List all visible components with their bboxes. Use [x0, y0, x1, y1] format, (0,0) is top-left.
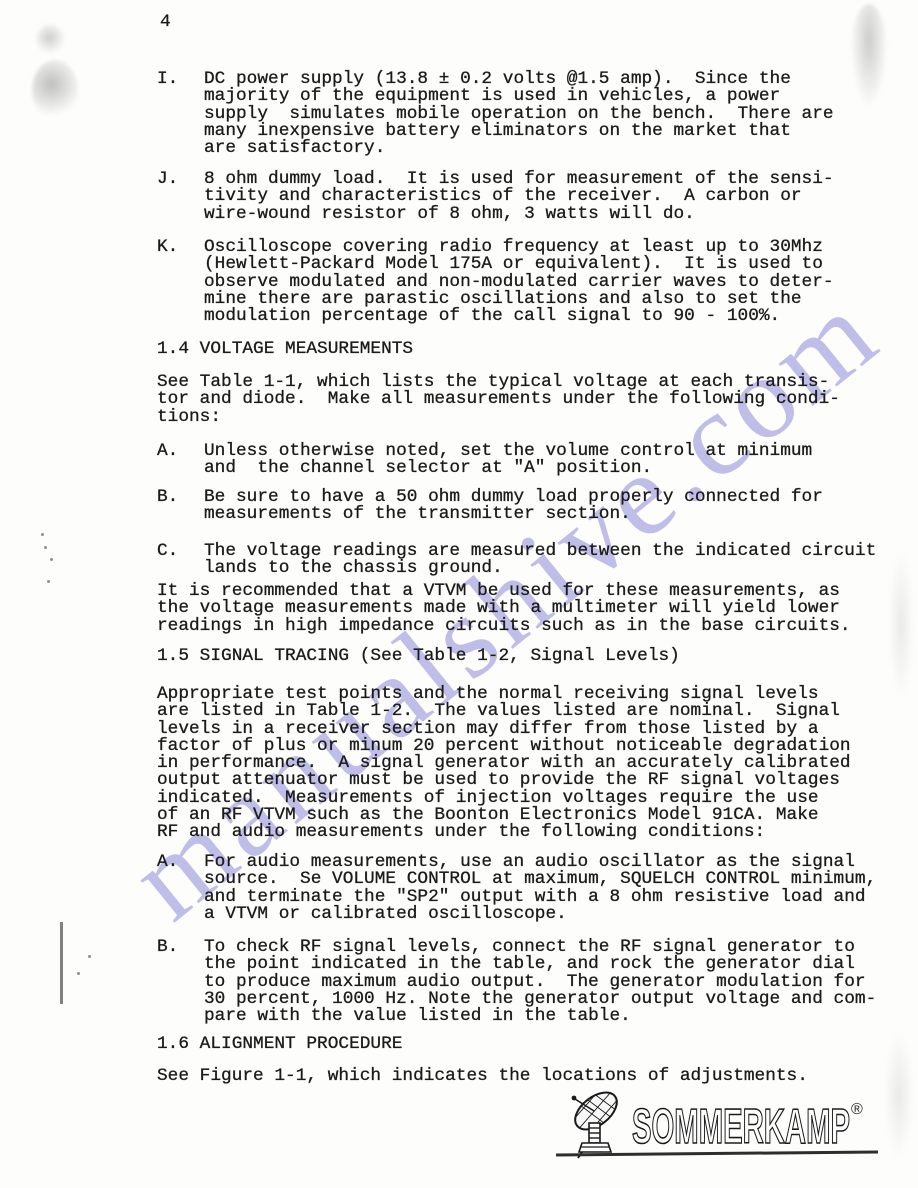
list-item-I: I. DC power supply (13.8 ± 0.2 volts @1.… [157, 71, 834, 157]
item-marker: B. [157, 489, 204, 524]
condition-item-B: B. Be sure to have a 50 ohm dummy load p… [157, 489, 823, 524]
brand-text: SOMMERKAMP [632, 1100, 850, 1154]
item-text: DC power supply (13.8 ± 0.2 volts @1.5 a… [204, 71, 834, 157]
scan-artifact [884, 1030, 914, 1160]
section-heading-1-6: 1.6 ALIGNMENT PROCEDURE [157, 1036, 402, 1053]
section-heading-1-4: 1.4 VOLTAGE MEASUREMENTS [157, 341, 413, 358]
condition-item-A: A. Unless otherwise noted, set the volum… [157, 443, 812, 478]
scan-artifact [50, 558, 53, 561]
paragraph: See Table 1-1, which lists the typical v… [157, 374, 840, 426]
item-marker: A. [157, 854, 204, 923]
item-text: For audio measurements, use an audio osc… [204, 854, 876, 923]
item-marker: B. [157, 939, 204, 1025]
paragraph: Appropriate test points and the normal r… [157, 686, 851, 842]
item-text: Oscilloscope covering radio frequency at… [204, 239, 834, 325]
item-text: To check RF signal levels, connect the R… [204, 939, 876, 1025]
registered-trademark-symbol: ® [851, 1101, 863, 1119]
scan-artifact [850, 4, 888, 108]
scan-artifact [36, 24, 66, 54]
condition-item-B: B. To check RF signal levels, connect th… [157, 939, 876, 1025]
scan-artifact [888, 550, 914, 700]
scan-artifact [47, 580, 50, 583]
paragraph: It is recommended that a VTVM be used fo… [157, 583, 851, 635]
list-item-J: J. 8 ohm dummy load. It is used for meas… [157, 171, 834, 223]
item-text: Unless otherwise noted, set the volume c… [204, 443, 812, 478]
item-marker: J. [157, 171, 204, 223]
scan-artifact [77, 972, 80, 975]
list-item-K: K. Oscilloscope covering radio frequency… [157, 239, 834, 325]
scan-artifact [32, 60, 78, 120]
item-marker: C. [157, 543, 204, 578]
condition-item-A: A. For audio measurements, use an audio … [157, 854, 876, 923]
item-marker: I. [157, 71, 204, 157]
item-marker: K. [157, 239, 204, 325]
scan-artifact [41, 533, 44, 536]
scan-artifact [60, 922, 63, 1004]
item-text: 8 ohm dummy load. It is used for measure… [204, 171, 834, 223]
scanned-page: manualshive.com 4 I. DC power supply (13… [0, 0, 918, 1188]
section-heading-1-5: 1.5 SIGNAL TRACING (See Table 1-2, Signa… [157, 648, 680, 665]
item-marker: A. [157, 443, 204, 478]
condition-item-C: C. The voltage readings are measured bet… [157, 543, 876, 578]
page-number: 4 [160, 14, 171, 31]
item-text: Be sure to have a 50 ohm dummy load prop… [204, 489, 823, 524]
paragraph: See Figure 1-1, which indicates the loca… [157, 1068, 808, 1085]
item-text: The voltage readings are measured betwee… [204, 543, 876, 578]
scan-artifact [44, 546, 47, 549]
scan-artifact [88, 955, 91, 958]
